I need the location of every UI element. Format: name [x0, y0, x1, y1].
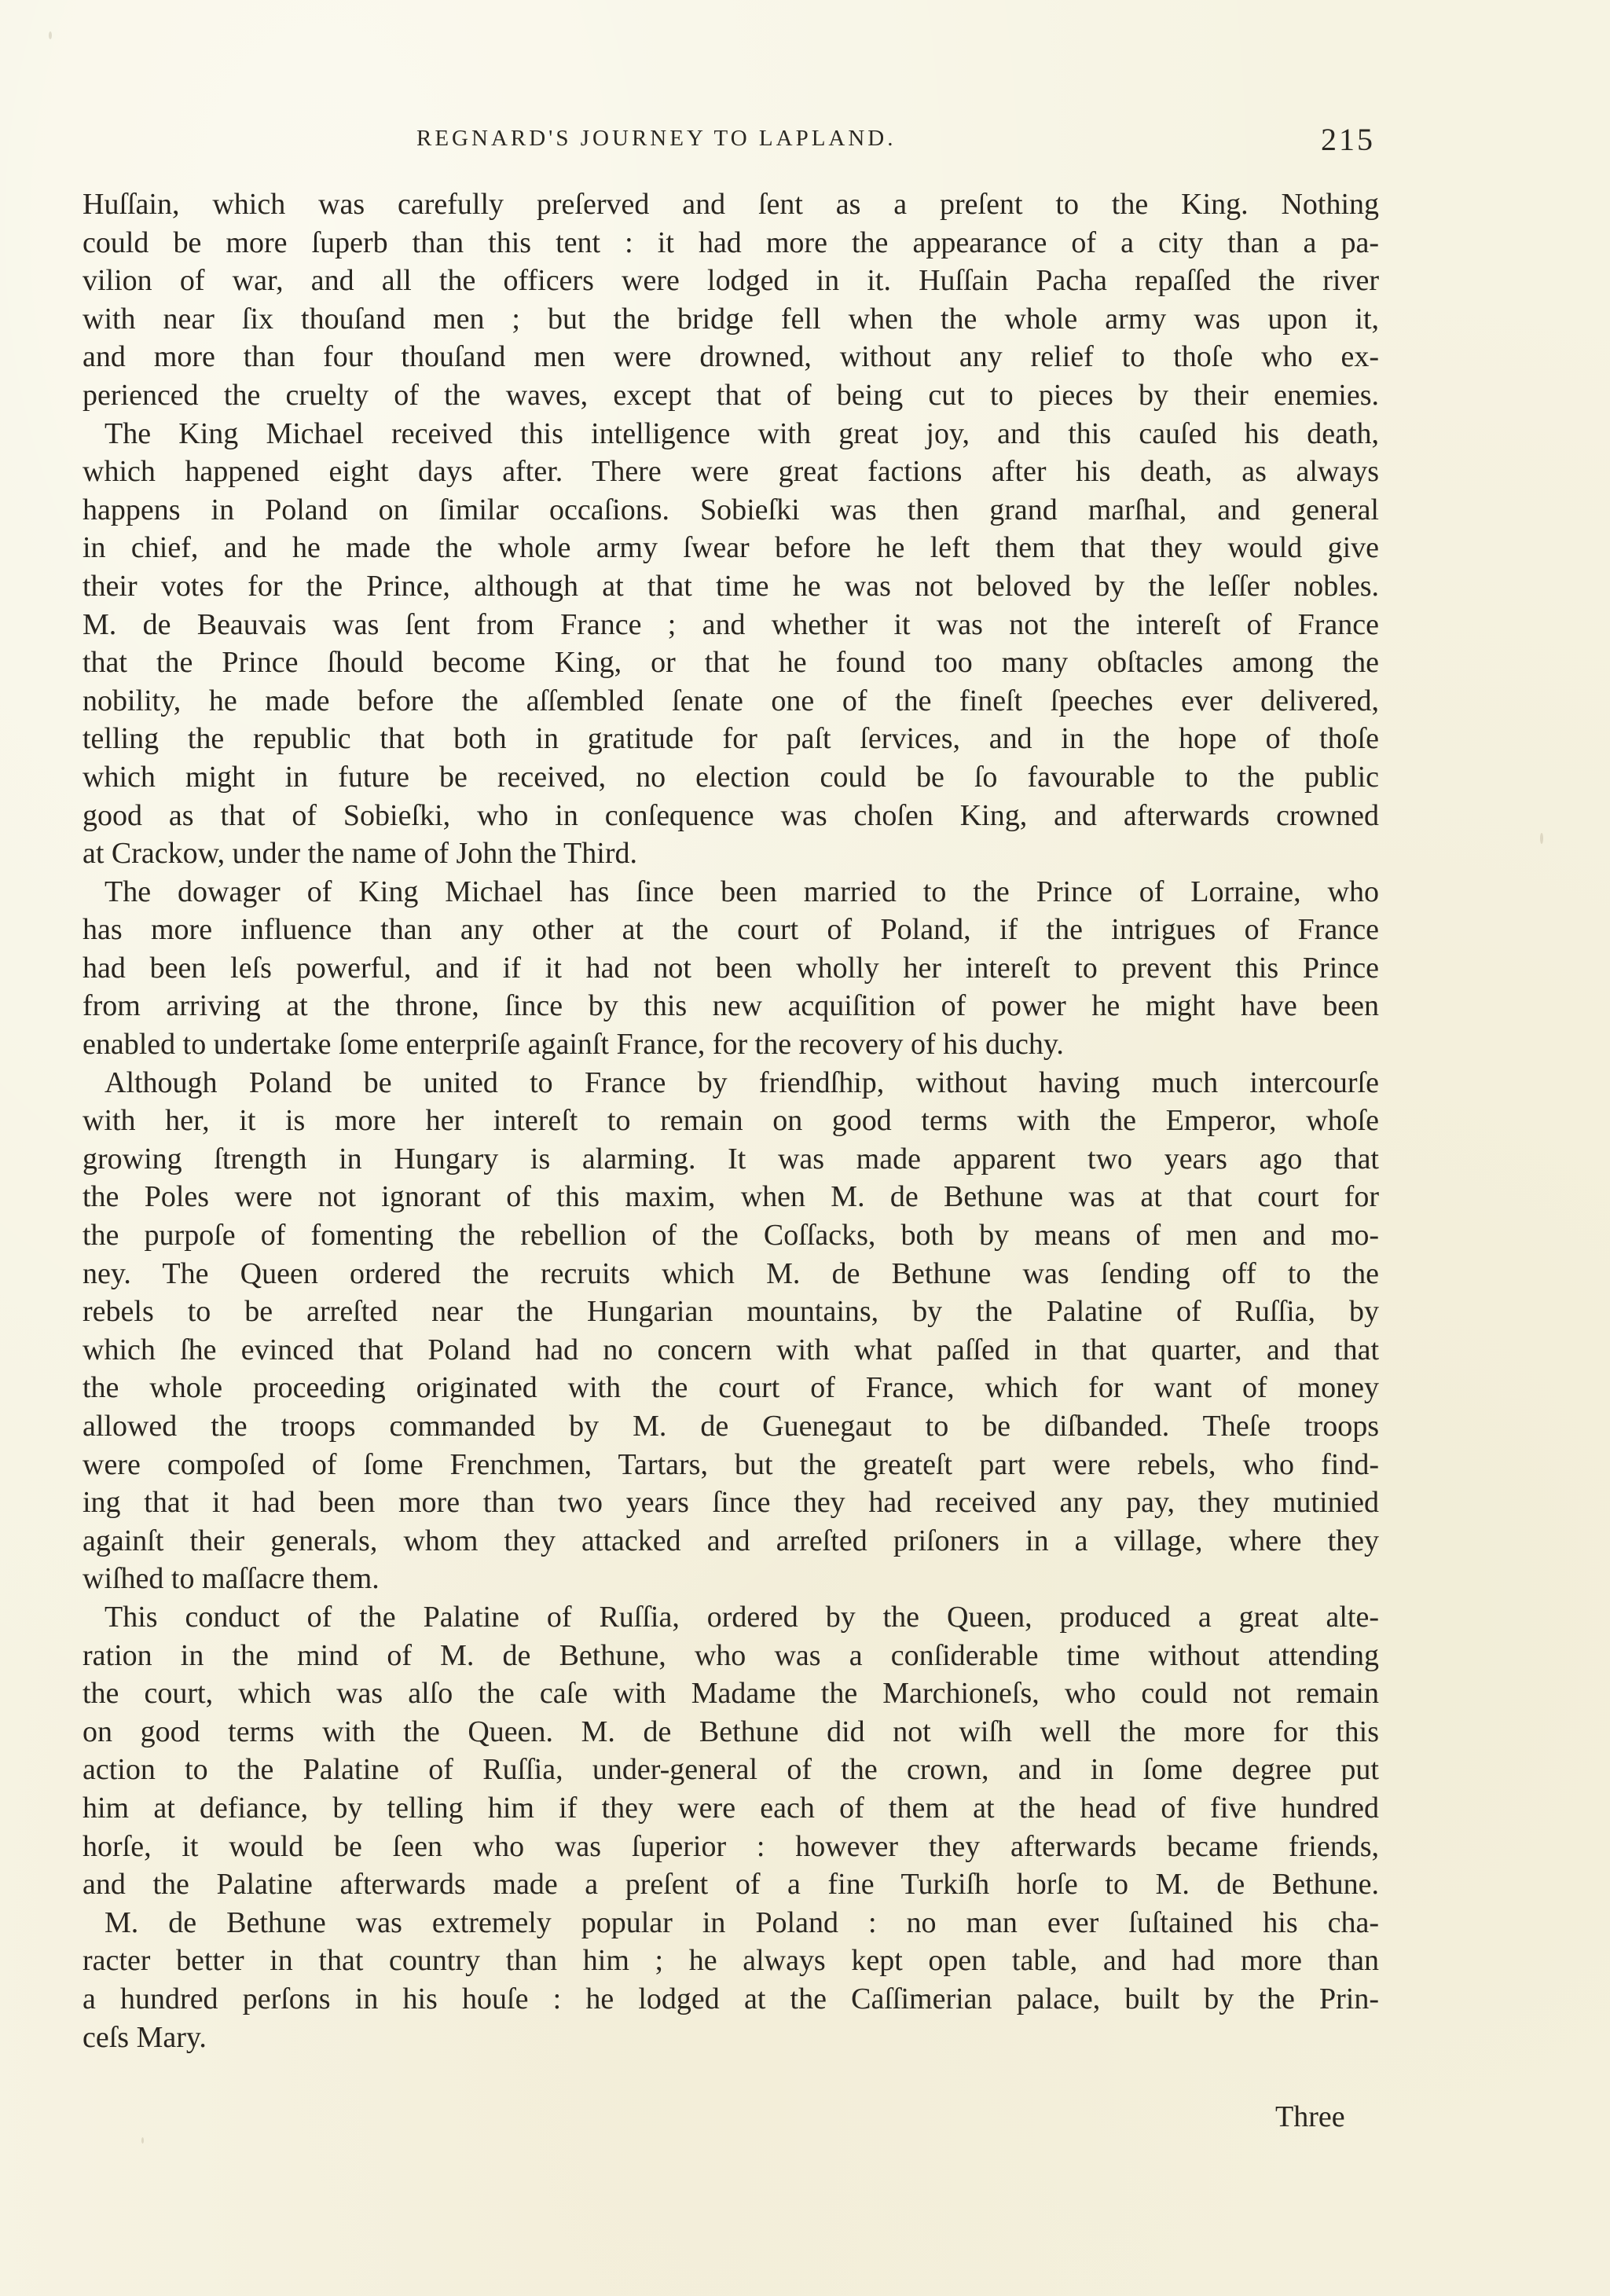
paper-speck: [49, 31, 52, 39]
text-line: The King Michael received this intellige…: [83, 415, 1379, 453]
text-line: ing that it had been more than two years…: [83, 1484, 1379, 1522]
text-line: and more than four thouſand men were dro…: [83, 338, 1379, 376]
text-line: ney. The Queen ordered the recruits whic…: [83, 1255, 1379, 1293]
text-line: enabled to undertake ſome enterpriſe aga…: [83, 1025, 1379, 1064]
text-line: could be more ſuperb than this tent : it…: [83, 224, 1379, 262]
text-line: their votes for the Prince, although at …: [83, 567, 1379, 606]
text-line: allowed the troops commanded by M. de Gu…: [83, 1407, 1379, 1446]
text-line: which happened eight days after. There w…: [83, 453, 1379, 491]
text-line: with near ſix thouſand men ; but the bri…: [83, 300, 1379, 339]
text-line: from arriving at the throne, ſince by th…: [83, 987, 1379, 1025]
text-line: This conduct of the Palatine of Ruſſia, …: [83, 1598, 1379, 1637]
paper-speck: [1540, 833, 1543, 844]
text-line: perienced the cruelty of the waves, exce…: [83, 376, 1379, 415]
text-line: nobility, he made before the aſſembled ſ…: [83, 682, 1379, 721]
text-line: Although Poland be united to France by f…: [83, 1064, 1379, 1102]
text-line: M. de Beauvais was ſent from France ; an…: [83, 606, 1379, 644]
text-line: wiſhed to maſſacre them.: [83, 1560, 1379, 1598]
text-line: which ſhe evinced that Poland had no con…: [83, 1331, 1379, 1370]
paragraph: This conduct of the Palatine of Ruſſia, …: [83, 1598, 1379, 1904]
page-number: 215: [1321, 121, 1375, 158]
text-line: which might in future be received, no el…: [83, 758, 1379, 797]
paragraph: Although Poland be united to France by f…: [83, 1064, 1379, 1598]
text-line: M. de Bethune was extremely popular in P…: [83, 1904, 1379, 1942]
paragraph: M. de Bethune was extremely popular in P…: [83, 1904, 1379, 2056]
text-line: horſe, it would be ſeen who was ſuperior…: [83, 1828, 1379, 1866]
text-line: againſt their generals, whom they attack…: [83, 1522, 1379, 1561]
text-line: and the Palatine afterwards made a preſe…: [83, 1865, 1379, 1904]
text-line: action to the Palatine of Ruſſia, under-…: [83, 1751, 1379, 1789]
text-line: had been leſs powerful, and if it had no…: [83, 949, 1379, 988]
text-line: at Crackow, under the name of John the T…: [83, 834, 1379, 873]
text-line: him at defiance, by telling him if they …: [83, 1789, 1379, 1828]
text-line: growing ſtrength in Hungary is alarming.…: [83, 1140, 1379, 1179]
book-page: Regnard's Journey to Lapland. 215 Huſſai…: [0, 0, 1610, 2296]
text-line: a hundred perſons in his houſe : he lodg…: [83, 1980, 1379, 2019]
text-line: the whole proceeding originated with the…: [83, 1369, 1379, 1407]
text-line: racter better in that country than him ;…: [83, 1942, 1379, 1980]
text-line: were compoſed of ſome Frenchmen, Tartars…: [83, 1446, 1379, 1484]
text-line: has more influence than any other at the…: [83, 911, 1379, 949]
text-line: telling the republic that both in gratit…: [83, 720, 1379, 758]
text-line: ceſs Mary.: [83, 2019, 1379, 2057]
paper-speck: [141, 2137, 144, 2144]
text-line: with her, it is more her intereſt to rem…: [83, 1102, 1379, 1140]
text-line: rebels to be arreſted near the Hungarian…: [83, 1293, 1379, 1331]
text-line: the purpoſe of fomenting the rebellion o…: [83, 1216, 1379, 1255]
text-line: the court, which was alſo the caſe with …: [83, 1674, 1379, 1713]
text-line: The dowager of King Michael has ſince be…: [83, 873, 1379, 911]
paragraph: The dowager of King Michael has ſince be…: [83, 873, 1379, 1064]
paragraph: The King Michael received this intellige…: [83, 415, 1379, 873]
running-title: Regnard's Journey to Lapland.: [416, 126, 897, 152]
text-line: vilion of war, and all the officers were…: [83, 262, 1379, 300]
text-line: in chief, and he made the whole army ſwe…: [83, 529, 1379, 567]
body-text: Huſſain, which was carefully preſerved a…: [83, 185, 1379, 2056]
running-head: Regnard's Journey to Lapland. 215: [416, 126, 1375, 165]
text-line: ration in the mind of M. de Bethune, who…: [83, 1637, 1379, 1675]
text-line: the Poles were not ignorant of this maxi…: [83, 1178, 1379, 1216]
text-line: good as that of Sobieſki, who in conſequ…: [83, 797, 1379, 835]
catchword: Three: [1275, 2100, 1345, 2134]
text-line: that the Prince ſhould become King, or t…: [83, 644, 1379, 682]
text-line: Huſſain, which was carefully preſerved a…: [83, 185, 1379, 224]
text-line: happens in Poland on ſimilar occaſions. …: [83, 491, 1379, 530]
text-line: on good terms with the Queen. M. de Beth…: [83, 1713, 1379, 1751]
paragraph: Huſſain, which was carefully preſerved a…: [83, 185, 1379, 415]
